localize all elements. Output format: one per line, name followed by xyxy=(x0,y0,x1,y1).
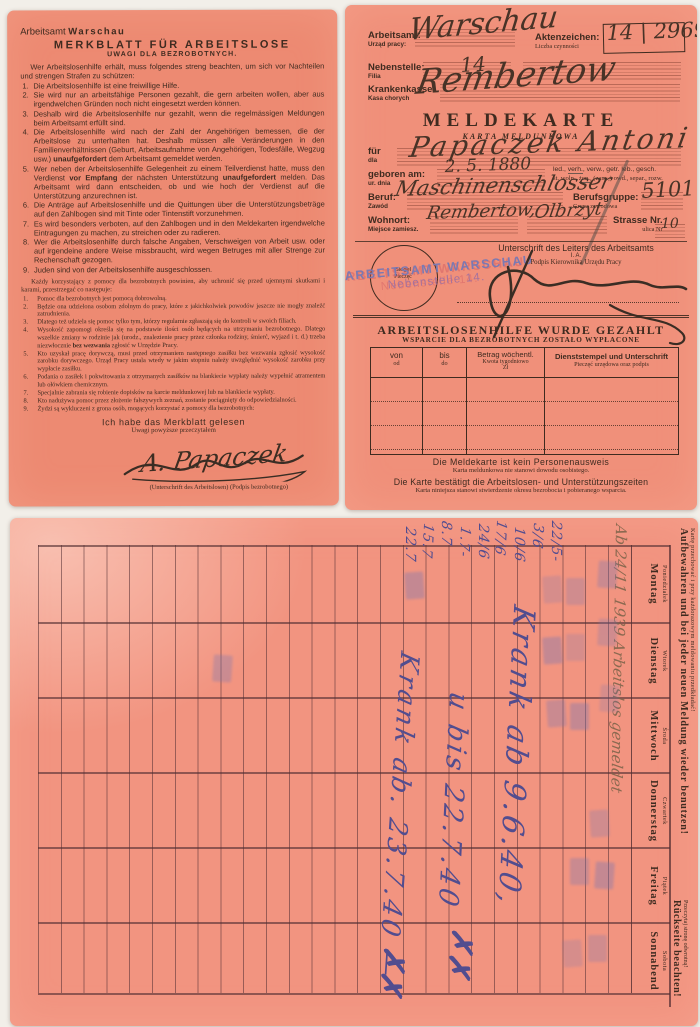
day-label-de: Donnerstag xyxy=(647,775,660,847)
double-rule xyxy=(353,315,689,318)
keep-note-pl: Kartę przechować i przy każdorazowym mel… xyxy=(689,528,696,858)
ink-stamp xyxy=(404,571,425,599)
rule-item: 4.Die Arbeitslosenhilfe wird nach der Za… xyxy=(21,126,325,163)
rule-item: 5.Kto uzyskał pracę dorywczą, musi przed… xyxy=(21,349,325,373)
signature-caption: (Unterschrift des Arbeitslosen) (Podpis … xyxy=(104,483,334,491)
beruf-label: Beruf: xyxy=(368,193,396,203)
footer1-pl: Karta meldunkowa nie stanowi dowodu osob… xyxy=(345,467,697,474)
ink-stamp xyxy=(597,618,618,646)
band-line xyxy=(38,847,670,849)
handwriting-aktenzeichen: 14 | 2969 xyxy=(606,18,697,45)
rule-item: 6.Podania o zasiłek i pokwitowania z otr… xyxy=(21,372,325,388)
ink-stamp xyxy=(599,684,620,712)
table-cell xyxy=(423,378,467,454)
ink-stamp xyxy=(566,578,585,605)
table-cell xyxy=(467,378,545,454)
nebenstelle-label: Nebenstelle: xyxy=(368,63,425,73)
separator-line xyxy=(355,241,687,242)
ink-stamp xyxy=(594,861,615,889)
day-label: ŚrodaMittwoch xyxy=(634,700,668,772)
date-entry: 1.7- xyxy=(455,525,472,559)
date-entry: 24/6 xyxy=(475,523,491,561)
rule-item: 8.Wer die Arbeitslosenhilfe durch falsch… xyxy=(21,236,325,264)
band-line xyxy=(38,697,670,699)
field-nebenstelle: Nebenstelle: Filia xyxy=(368,63,425,80)
wohnort-label: Wohnort: xyxy=(368,216,418,226)
day-label: PoniedziałekMontag xyxy=(634,548,668,620)
handwriting-wohnort: Rembertow, xyxy=(425,199,538,224)
confirm-polish: Uwagi powyższe przeczytałem xyxy=(22,427,326,435)
band-line xyxy=(38,922,670,924)
day-label-de: Mittwoch xyxy=(647,700,660,772)
rule-item: 9.Żydzi są wykluczeni z grona osób, mogą… xyxy=(22,404,326,413)
payment-table: von od bis do Betrag wöchentl. Kwota tyg… xyxy=(370,347,679,455)
date-entry: 17/6 xyxy=(491,519,509,557)
control-grid-page: PoniedziałekMontagWtorekDienstagŚrodaMit… xyxy=(10,518,698,1026)
col-header-dienststempel: Dienststempel und Unterschrift Pieczęć u… xyxy=(545,348,678,378)
day-label-de: Freitag xyxy=(647,850,660,922)
ink-stamp xyxy=(562,939,583,967)
ink-stamp xyxy=(570,703,589,730)
footer1-de: Die Meldekarte ist kein Personenausweis xyxy=(345,457,697,467)
field-wohnort: Wohnort: Miejsce zamiesz. xyxy=(368,216,418,233)
field-beruf: Beruf: Zawód xyxy=(368,193,396,210)
date-entry: 8.7 xyxy=(438,520,454,548)
nebenstelle-label-pl: Filia xyxy=(368,73,425,80)
back-note-de: Rückseite beachten! xyxy=(671,900,682,1026)
handwriting-berufsgruppe: 5101 xyxy=(641,176,696,203)
band-line xyxy=(38,545,670,547)
keep-note-de: Aufbewahren und bei jeder neuen Meldung … xyxy=(678,528,689,858)
ink-stamp xyxy=(588,935,607,962)
day-label-pl: Poniedziałek xyxy=(660,548,668,620)
footer2-pl: Karta niniejsza stanowi stwierdzenie okr… xyxy=(345,487,697,494)
page-title: MERKBLATT FÜR ARBEITSLOSE xyxy=(20,38,324,51)
rule-item: 3.Deshalb wird die Arbeitslosenhilfe nur… xyxy=(20,108,324,127)
office-name: Warschau xyxy=(68,26,125,37)
ink-stamp xyxy=(542,575,563,603)
date-entry: 15.7 xyxy=(418,522,436,560)
back-note-pl: Przeczytaj stronę odwrotną! xyxy=(682,900,688,1026)
date-entry: 22/5- xyxy=(548,520,564,563)
rule-item: 6.Die Anträge auf Arbeitslosenhilfe und … xyxy=(21,199,325,218)
cross-marks-2: ✗✗ xyxy=(372,944,412,998)
intro-german: Wer Arbeitslosenhilfe erhält, muss folge… xyxy=(20,61,324,80)
field-fuer: für dla xyxy=(368,147,381,164)
table-cell xyxy=(545,378,678,454)
ink-stamp xyxy=(566,634,585,661)
aktenzeichen-label-pl: Liczba czynności xyxy=(535,43,599,50)
back-note: Przeczytaj stronę odwrotną! Rückseite be… xyxy=(662,900,688,1026)
rule-item: 4.Wysokość zapomogi określa się na podst… xyxy=(21,326,325,350)
table-cell xyxy=(371,378,423,454)
beruf-label-pl: Zawód xyxy=(368,203,396,210)
fuer-label: für xyxy=(368,147,381,157)
ink-stamp xyxy=(597,560,618,588)
day-label-pl: Czwartek xyxy=(660,775,668,847)
band-line xyxy=(38,622,670,624)
rule-item: 9.Juden sind von der Arbeitslosenhilfe a… xyxy=(21,264,325,274)
fuer-label-pl: dla xyxy=(368,157,381,164)
handwriting-strasse: 10 xyxy=(661,216,679,232)
col-header-bis: bis do xyxy=(423,348,467,378)
aktenzeichen-label: Aktenzeichen: xyxy=(535,33,599,43)
day-label-de: Montag xyxy=(647,548,660,620)
day-label-pl: Środa xyxy=(660,700,668,772)
footer2-de: Die Karte bestätigt die Arbeitslosen- un… xyxy=(345,477,697,487)
grid-rules xyxy=(38,545,632,993)
ink-stamp xyxy=(542,636,563,664)
date-entry: 22.7 xyxy=(402,526,418,563)
rule-item: 1.Die Arbeitslosenhilfe ist eine freiwil… xyxy=(20,80,324,90)
day-label-de: Dienstag xyxy=(647,625,660,697)
ink-stamp xyxy=(546,699,567,727)
intro-polish: Każdy korzystający z pomocy dla bezrobot… xyxy=(21,277,325,294)
band-line xyxy=(38,772,670,774)
paid-subtitle: WSPARCIE DLA BEZROBOTNYCH ZOSTAŁO WYPŁAC… xyxy=(345,336,697,344)
handwriting-wohnort2: Olbrzyt xyxy=(533,198,604,223)
rules-list-german: 1.Die Arbeitslosenhilfe ist eine freiwil… xyxy=(20,80,325,274)
ink-stamp xyxy=(589,809,610,837)
field-aktenzeichen: Aktenzeichen: Liczba czynności xyxy=(535,33,599,50)
date-entry: 3/6 xyxy=(528,522,545,551)
col-header-von: von od xyxy=(371,348,423,378)
wohnort-label-pl: Miejsce zamiesz. xyxy=(368,226,418,233)
signature-flourish xyxy=(119,448,309,483)
band-line xyxy=(38,993,670,995)
page-subtitle: UWAGI DLA BEZROBOTNYCH. xyxy=(20,50,324,58)
meldekarte-page: Arbeitsamt: Urząd pracy: Warschau Aktenz… xyxy=(345,5,697,510)
day-label-pl: Wtorek xyxy=(660,625,668,697)
day-label: WtorekDienstag xyxy=(634,625,668,697)
day-label: CzwartekDonnerstag xyxy=(634,775,668,847)
keep-note: Kartę przechować i przy każdorazowym mel… xyxy=(672,528,696,858)
office-label: Arbeitsamt xyxy=(20,26,65,37)
scanned-document: { "left_page": { "office_label": "Arbeit… xyxy=(0,0,700,1027)
rules-list-polish: 1.Pomoc dla bezrobotnych jest pomocą dob… xyxy=(21,294,325,413)
col-header-betrag: Betrag wöchentl. Kwota tygodniowo Zł xyxy=(467,348,545,378)
ink-stamp xyxy=(570,858,589,885)
date-entry: 10/6 xyxy=(511,526,527,564)
rule-item: 2.Będzie ona udzielona osobom zdolnym do… xyxy=(21,302,325,318)
office-header: Arbeitsamt Warschau xyxy=(20,25,324,37)
ink-stamp xyxy=(212,654,233,682)
cross-marks-1: ✗✗ xyxy=(440,926,480,980)
merkblatt-page: Arbeitsamt Warschau MERKBLATT FÜR ARBEIT… xyxy=(7,9,339,506)
rule-item: 5.Wer neben der Arbeitslosenhilfe Gelege… xyxy=(21,163,325,200)
rule-item: 7.Es wird besonders verboten, auf den Za… xyxy=(21,218,325,237)
rule-item: 2.Sie wird nur an arbeitsfähige Personen… xyxy=(20,89,324,108)
day-label-de: Sonnabend xyxy=(647,925,660,997)
